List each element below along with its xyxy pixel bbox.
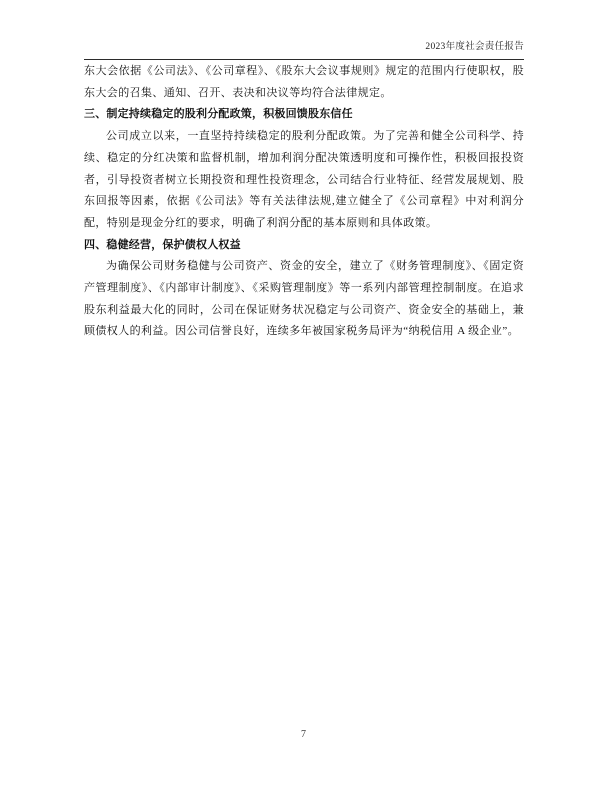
page-number: 7 [301,729,306,740]
section-4-heading: 四、稳健经营，保护债权人权益 [84,235,524,257]
page-header: 2023年度社会责任报告 [84,36,524,60]
report-page: 2023年度社会责任报告 东大会依据《公司法》、《公司章程》、《股东大会议事规则… [0,0,607,785]
header-title: 2023年度社会责任报告 [425,42,524,52]
section-4-paragraph: 为确保公司财务稳健与公司资产、资金的安全，建立了《财务管理制度》、《固定资产管理… [84,256,524,343]
section-3-heading: 三、制定持续稳定的股利分配政策，积极回馈股东信任 [84,104,524,126]
section-3-paragraph: 公司成立以来，一直坚持持续稳定的股利分配政策。为了完善和健全公司科学、持续、稳定… [84,126,524,235]
page-footer: 7 [0,724,607,742]
page-body: 东大会依据《公司法》、《公司章程》、《股东大会议事规则》规定的范围内行使职权，股… [84,61,524,343]
paragraph-continued: 东大会依据《公司法》、《公司章程》、《股东大会议事规则》规定的范围内行使职权，股… [84,61,524,104]
